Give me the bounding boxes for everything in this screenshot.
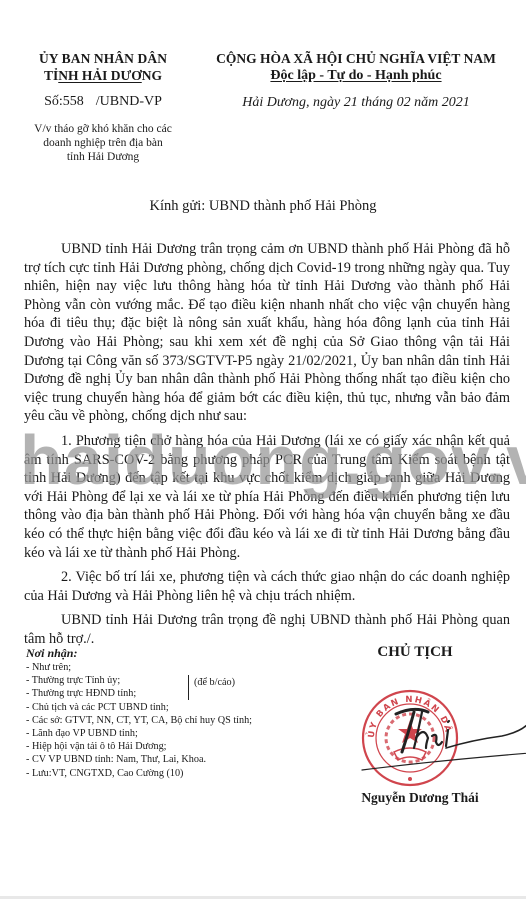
recipient-item: - Thường trực Tỉnh ủy; [26,674,326,687]
recipient-item: - Lưu:VT, CNGTXD, Cao Cường (10) [26,767,326,780]
signature-block: CHỦ TỊCH ỦY BAN NHÂN DÂN TỈNH HẢI DƯƠNG [330,644,500,661]
body-paragraph: 2. Việc bố trí lái xe, phương tiện và cá… [24,568,510,605]
recipient-item: - Như trên; [26,661,326,674]
recipient-item: - Thường trực HĐND tỉnh; [26,687,326,700]
report-note: (để b/cáo) [189,676,235,689]
recipients-list: Nơi nhận: - Như trên; - Thường trực Tỉnh… [26,646,326,780]
agency-name-suffix: NG [142,68,162,83]
report-note-text: (để b/cáo) [194,677,235,688]
recipients-title: Nơi nhận: [26,646,326,661]
recipient-item: - Hiệp hội vận tải ô tô Hải Dương; [26,740,326,753]
doc-code: /UBND-VP [96,94,162,109]
body-paragraph: 1. Phương tiện chở hàng hóa của Hải Dươn… [24,432,510,562]
subject-line: doanh nghiệp trên địa bàn [18,136,188,150]
issuing-agency-header: ỦY BAN NHÂN DÂN TỈNH HẢI DƯƠNG Số:558/UB… [18,50,188,110]
nation-name: CỘNG HÒA XÃ HỘI CHỦ NGHĨA VIỆT NAM [196,50,516,67]
addressee: Kính gửi: UBND thành phố Hải Phòng [0,198,526,215]
body-paragraph: UBND tỉnh Hải Dương trân trọng đề nghị U… [24,611,510,648]
signer-title: CHỦ TỊCH [330,644,500,661]
letter-body: UBND tỉnh Hải Dương trân trọng cảm ơn UB… [24,240,510,648]
signer-name: Nguyễn Dương Thái [330,790,510,806]
national-header: CỘNG HÒA XÃ HỘI CHỦ NGHĨA VIỆT NAM Độc l… [196,50,516,111]
recipient-item: - CV VP UBND tỉnh: Nam, Thư, Lai, Khoa. [26,753,326,766]
document-number: Số:558/UBND-VP [18,94,188,110]
agency-name-underlined: NH HẢI DƯƠ [58,68,142,83]
subject-line: V/v tháo gỡ khó khăn cho các [18,122,188,136]
official-seal-icon: ỦY BAN NHÂN DÂN TỈNH HẢI DƯƠNG [352,682,526,792]
national-motto: Độc lập - Tự do - Hạnh phúc [196,67,516,85]
agency-name-line1: ỦY BAN NHÂN DÂN [18,50,188,67]
doc-number-value: Số:558 [44,94,84,109]
recipient-item: - Lãnh đạo VP UBND tỉnh; [26,727,326,740]
recipient-item: - Các sở: GTVT, NN, CT, YT, CA, Bộ chỉ h… [26,714,326,727]
subject-line: tỉnh Hải Dương [18,150,188,164]
place-and-date: Hải Dương, ngày 21 tháng 02 năm 2021 [196,95,516,111]
official-letter-page: ỦY BAN NHÂN DÂN TỈNH HẢI DƯƠNG Số:558/UB… [0,0,526,899]
body-paragraph: UBND tỉnh Hải Dương trân trọng cảm ơn UB… [24,240,510,426]
agency-name-prefix: TỈ [44,68,58,83]
recipient-item: - Chủ tịch và các PCT UBND tỉnh; [26,701,326,714]
subject-summary: V/v tháo gỡ khó khăn cho các doanh nghiệ… [18,122,188,164]
agency-name-line2: TỈNH HẢI DƯƠNG [18,67,188,84]
